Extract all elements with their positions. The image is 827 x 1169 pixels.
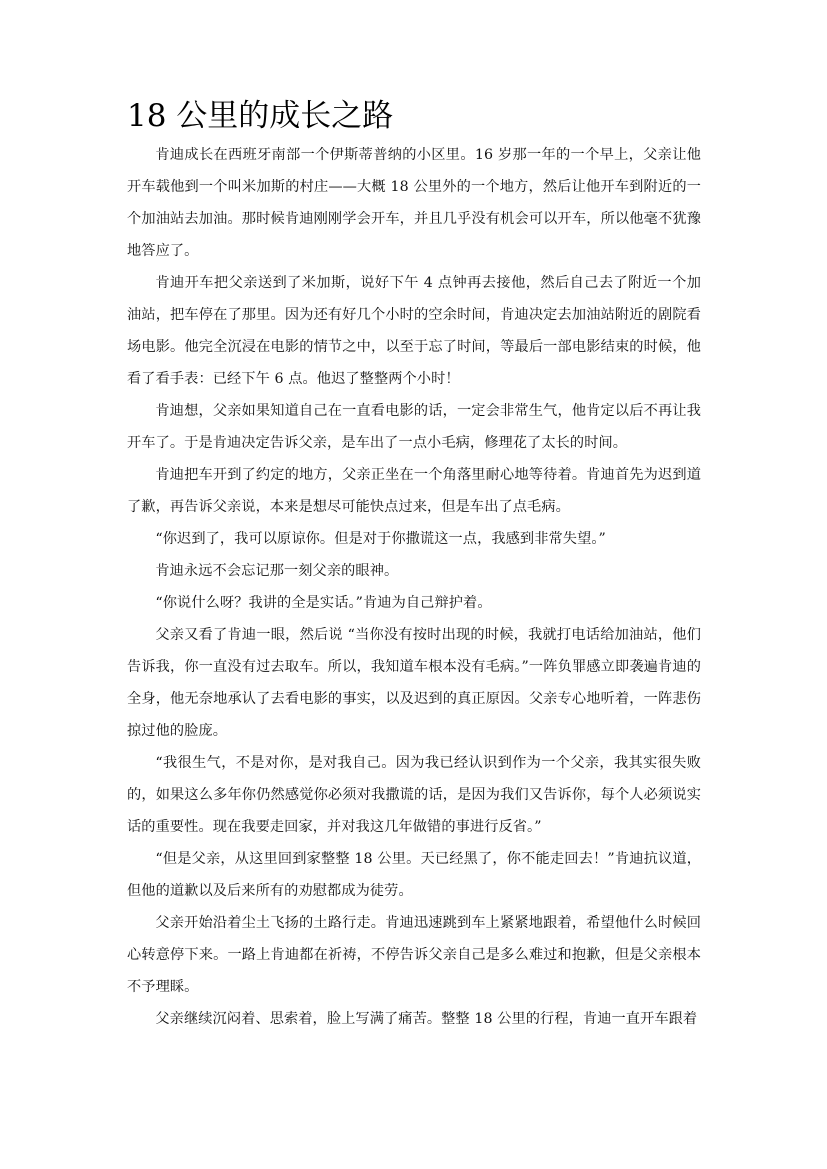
paragraph-11: 父亲开始沿着尘土飞扬的土路行走。肯迪迅速跳到车上紧紧地跟着，希望他什么时候回心转… [127,907,701,1003]
paragraph-6: 肯迪永远不会忘记那一刻父亲的眼神。 [127,555,701,587]
paragraph-4: 肯迪把车开到了约定的地方，父亲正坐在一个角落里耐心地等待着。肯迪首先为迟到道了歉… [127,459,701,523]
paragraph-7: “你说什么呀？我讲的全是实话。”肯迪为自己辩护着。 [127,587,701,619]
paragraph-8: 父亲又看了肯迪一眼，然后说 “当你没有按时出现的时候，我就打电话给加油站，他们告… [127,619,701,747]
paragraph-10: “但是父亲，从这里回到家整整 18 公里。天已经黑了，你不能走回去！”肯迪抗议道… [127,843,701,907]
document-page: 18 公里的成长之路 肯迪成长在西班牙南部一个伊斯蒂普纳的小区里。16 岁那一年… [127,96,701,1035]
paragraph-9: “我很生气，不是对你，是对我自己。因为我已经认识到作为一个父亲，我其实很失败的，… [127,747,701,843]
paragraph-5: “你迟到了，我可以原谅你。但是对于你撒谎这一点，我感到非常失望。” [127,523,701,555]
document-title: 18 公里的成长之路 [127,96,701,136]
paragraph-2: 肯迪开车把父亲送到了米加斯，说好下午 4 点钟再去接他，然后自己去了附近一个加油… [127,267,701,395]
paragraph-3: 肯迪想，父亲如果知道自己在一直看电影的话，一定会非常生气，他肯定以后不再让我开车… [127,395,701,459]
paragraph-1: 肯迪成长在西班牙南部一个伊斯蒂普纳的小区里。16 岁那一年的一个早上，父亲让他开… [127,139,701,267]
paragraph-12: 父亲继续沉闷着、思索着，脸上写满了痛苦。整整 18 公里的行程，肯迪一直开车跟着 [127,1003,701,1035]
